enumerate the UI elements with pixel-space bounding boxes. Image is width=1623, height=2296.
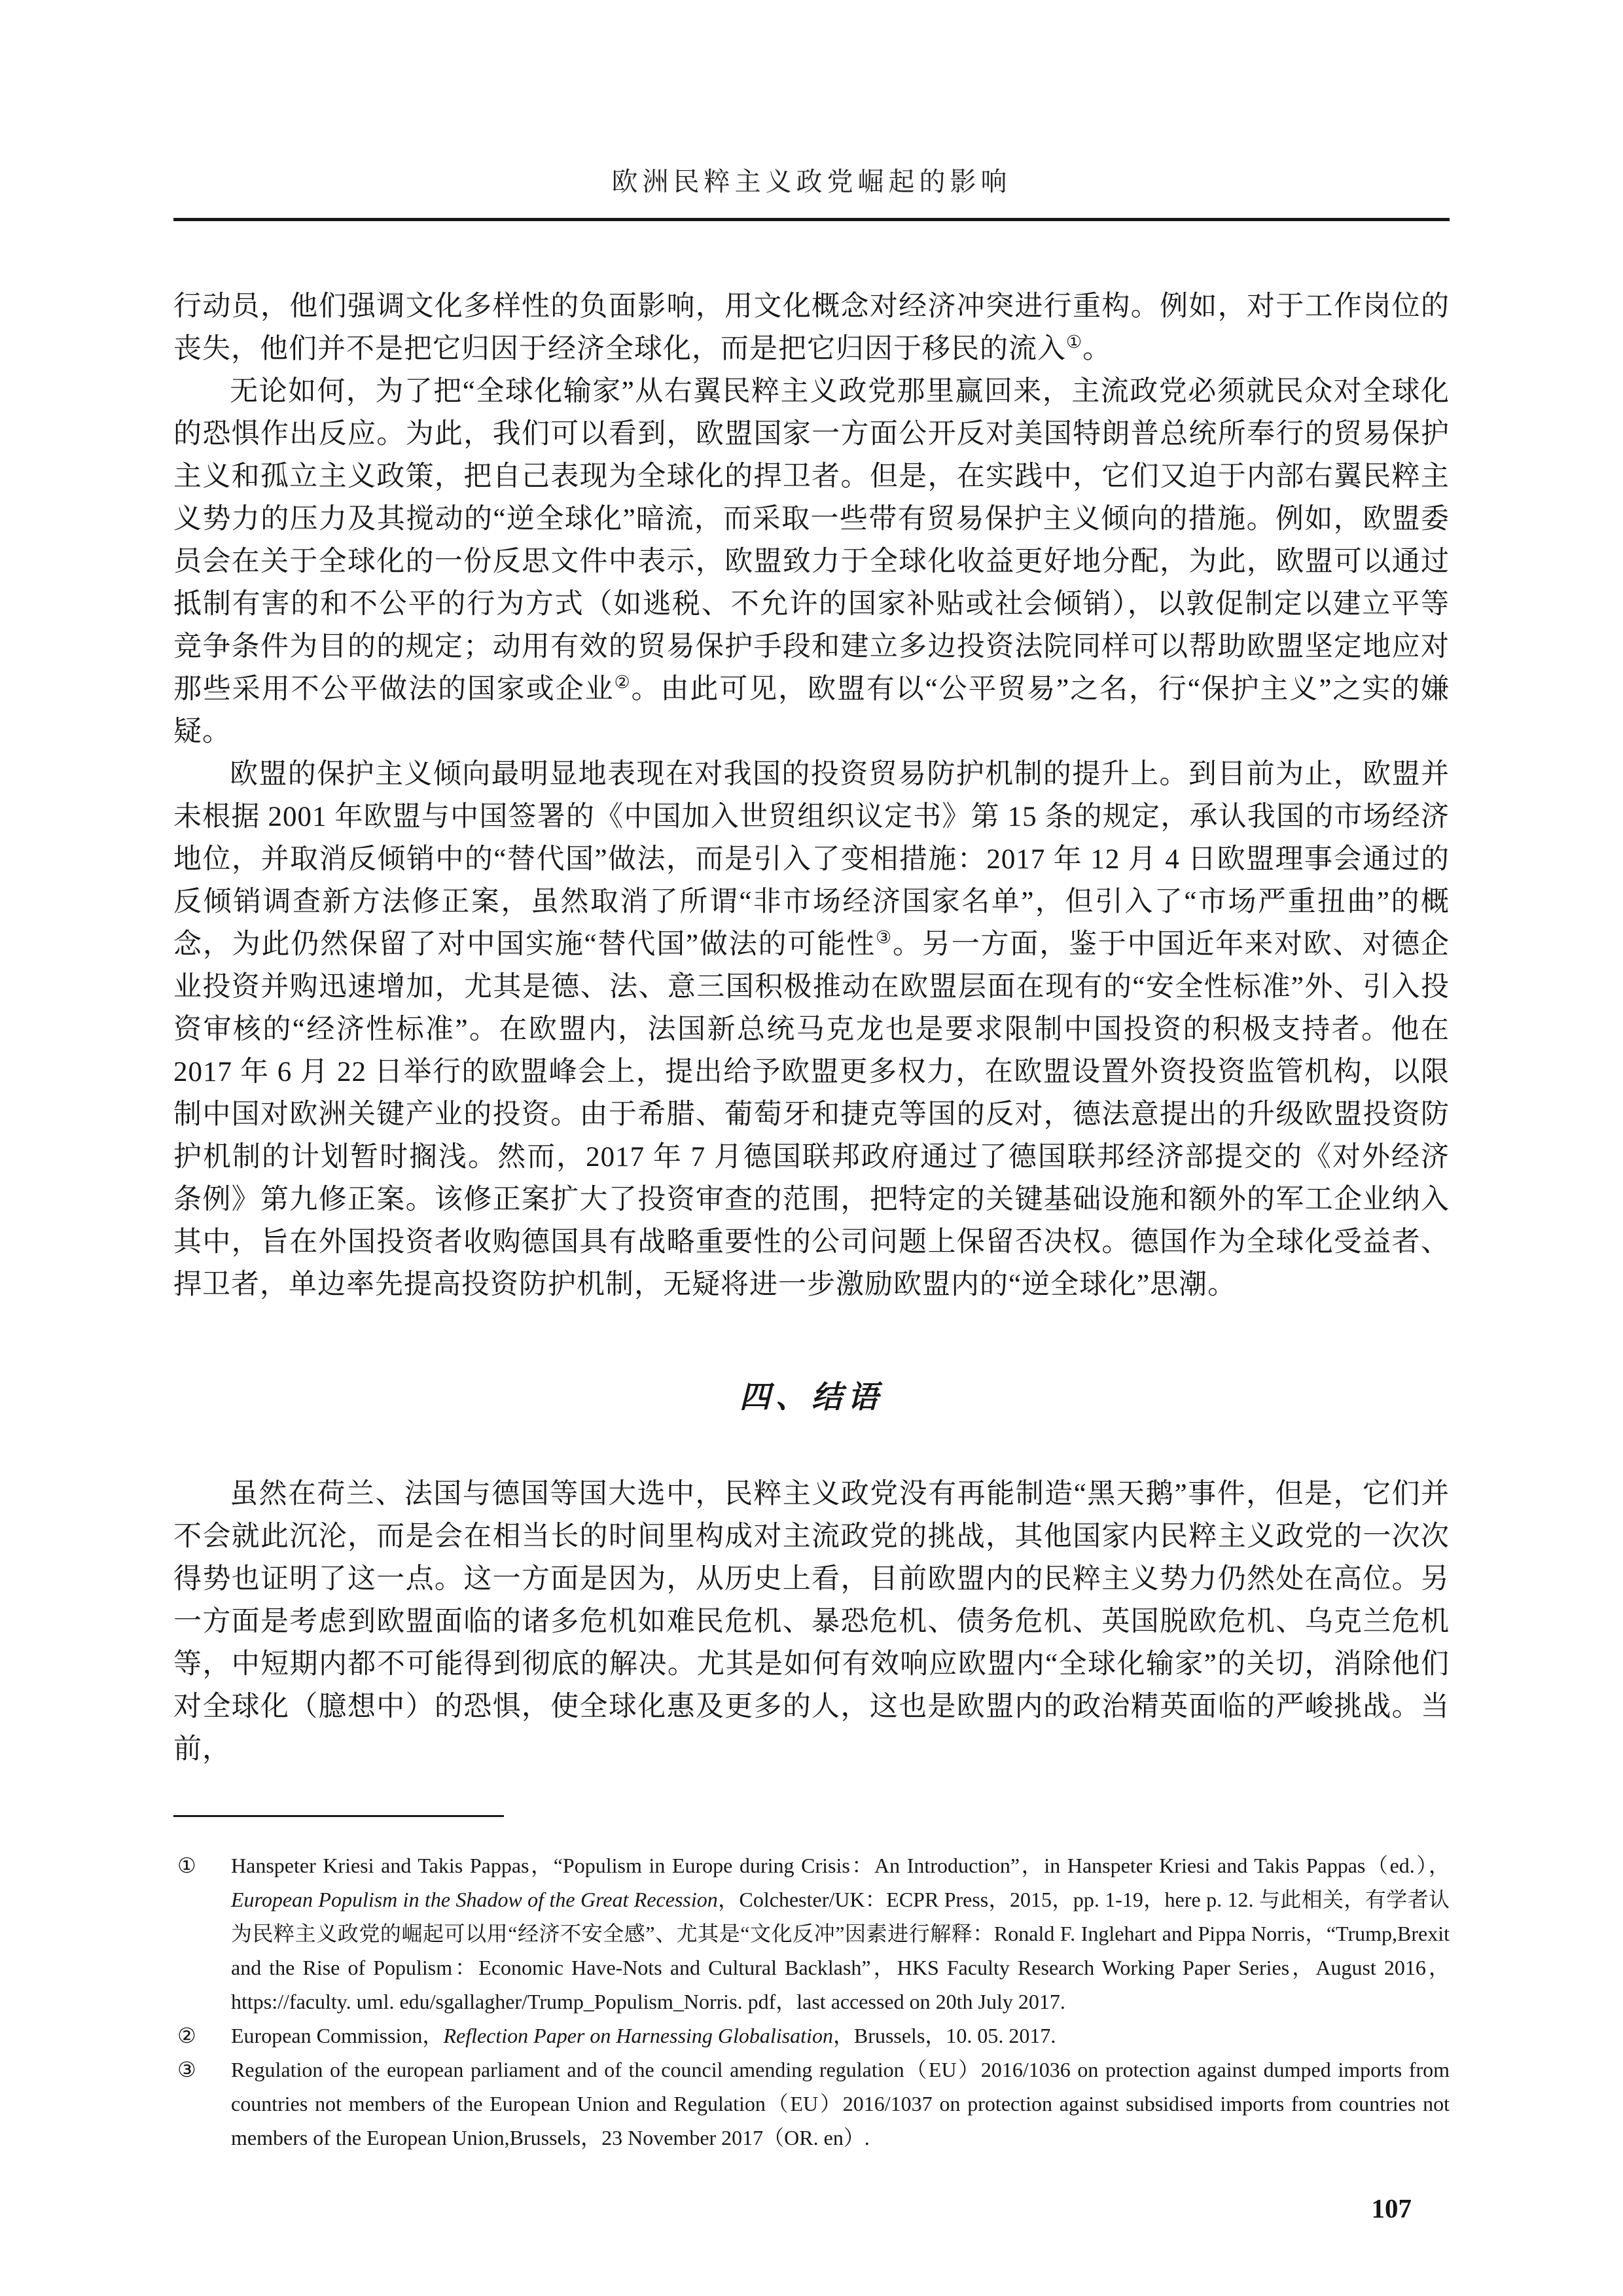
- footnote-run: European Commission，: [231, 2024, 443, 2047]
- footnote-marker: ③: [173, 2053, 231, 2087]
- footnote-run: Hanspeter Kriesi and Takis Pappas，“Popul…: [231, 1854, 1450, 1877]
- footnote-marker: ②: [173, 2019, 231, 2053]
- body-paragraph: 虽然在荷兰、法国与德国等国大选中，民粹主义政党没有再能制造“黑天鹅”事件，但是，…: [173, 1473, 1450, 1771]
- body-paragraphs-before-heading: 行动员，他们强调文化多样性的负面影响，用文化概念对经济冲突进行重构。例如，对于工…: [173, 285, 1450, 1306]
- footnote-marker: ①: [173, 1848, 231, 1882]
- footnote-italic-title: European Populism in the Shadow of the G…: [231, 1888, 718, 1911]
- body-paragraph: 行动员，他们强调文化多样性的负面影响，用文化概念对经济冲突进行重构。例如，对于工…: [173, 285, 1450, 370]
- header-rule: [173, 218, 1450, 221]
- body-paragraph: 无论如何，为了把“全球化输家”从右翼民粹主义政党那里赢回来，主流政党必须就民众对…: [173, 370, 1450, 753]
- body-paragraphs-after-heading: 虽然在荷兰、法国与德国等国大选中，民粹主义政党没有再能制造“黑天鹅”事件，但是，…: [173, 1473, 1450, 1771]
- section-heading: 四、结语: [173, 1373, 1450, 1417]
- footnote-text: European Commission，Reflection Paper on …: [231, 2019, 1450, 2053]
- footnote: ①Hanspeter Kriesi and Takis Pappas，“Popu…: [173, 1848, 1450, 2019]
- document-page: 欧洲民粹主义政党崛起的影响 行动员，他们强调文化多样性的负面影响，用文化概念对经…: [0, 0, 1623, 2296]
- footnote-run: ，Brussels，10. 05. 2017.: [833, 2024, 1056, 2047]
- footnote: ②European Commission，Reflection Paper on…: [173, 2019, 1450, 2053]
- footnote-ref: ②: [614, 673, 631, 692]
- footnote: ③Regulation of the european parliament a…: [173, 2053, 1450, 2155]
- body-text: 行动员，他们强调文化多样性的负面影响，用文化概念对经济冲突进行重构。例如，对于工…: [173, 285, 1450, 1771]
- footnote-ref: ①: [1066, 332, 1082, 352]
- footnotes: ①Hanspeter Kriesi and Takis Pappas，“Popu…: [173, 1848, 1450, 2155]
- footnote-italic-title: Reflection Paper on Harnessing Globalisa…: [443, 2024, 833, 2047]
- footnote-text: Hanspeter Kriesi and Takis Pappas，“Popul…: [231, 1848, 1450, 2019]
- page-number: 107: [173, 2193, 1450, 2224]
- footnote-run: Regulation of the european parliament an…: [231, 2058, 1450, 2149]
- footnote-text: Regulation of the european parliament an…: [231, 2053, 1450, 2155]
- footnote-divider: [173, 1815, 504, 1817]
- body-paragraph: 欧盟的保护主义倾向最明显地表现在对我国的投资贸易防护机制的提升上。到目前为止，欧…: [173, 753, 1450, 1306]
- footnote-ref: ③: [876, 928, 893, 947]
- running-header-title: 欧洲民粹主义政党崛起的影响: [173, 161, 1450, 198]
